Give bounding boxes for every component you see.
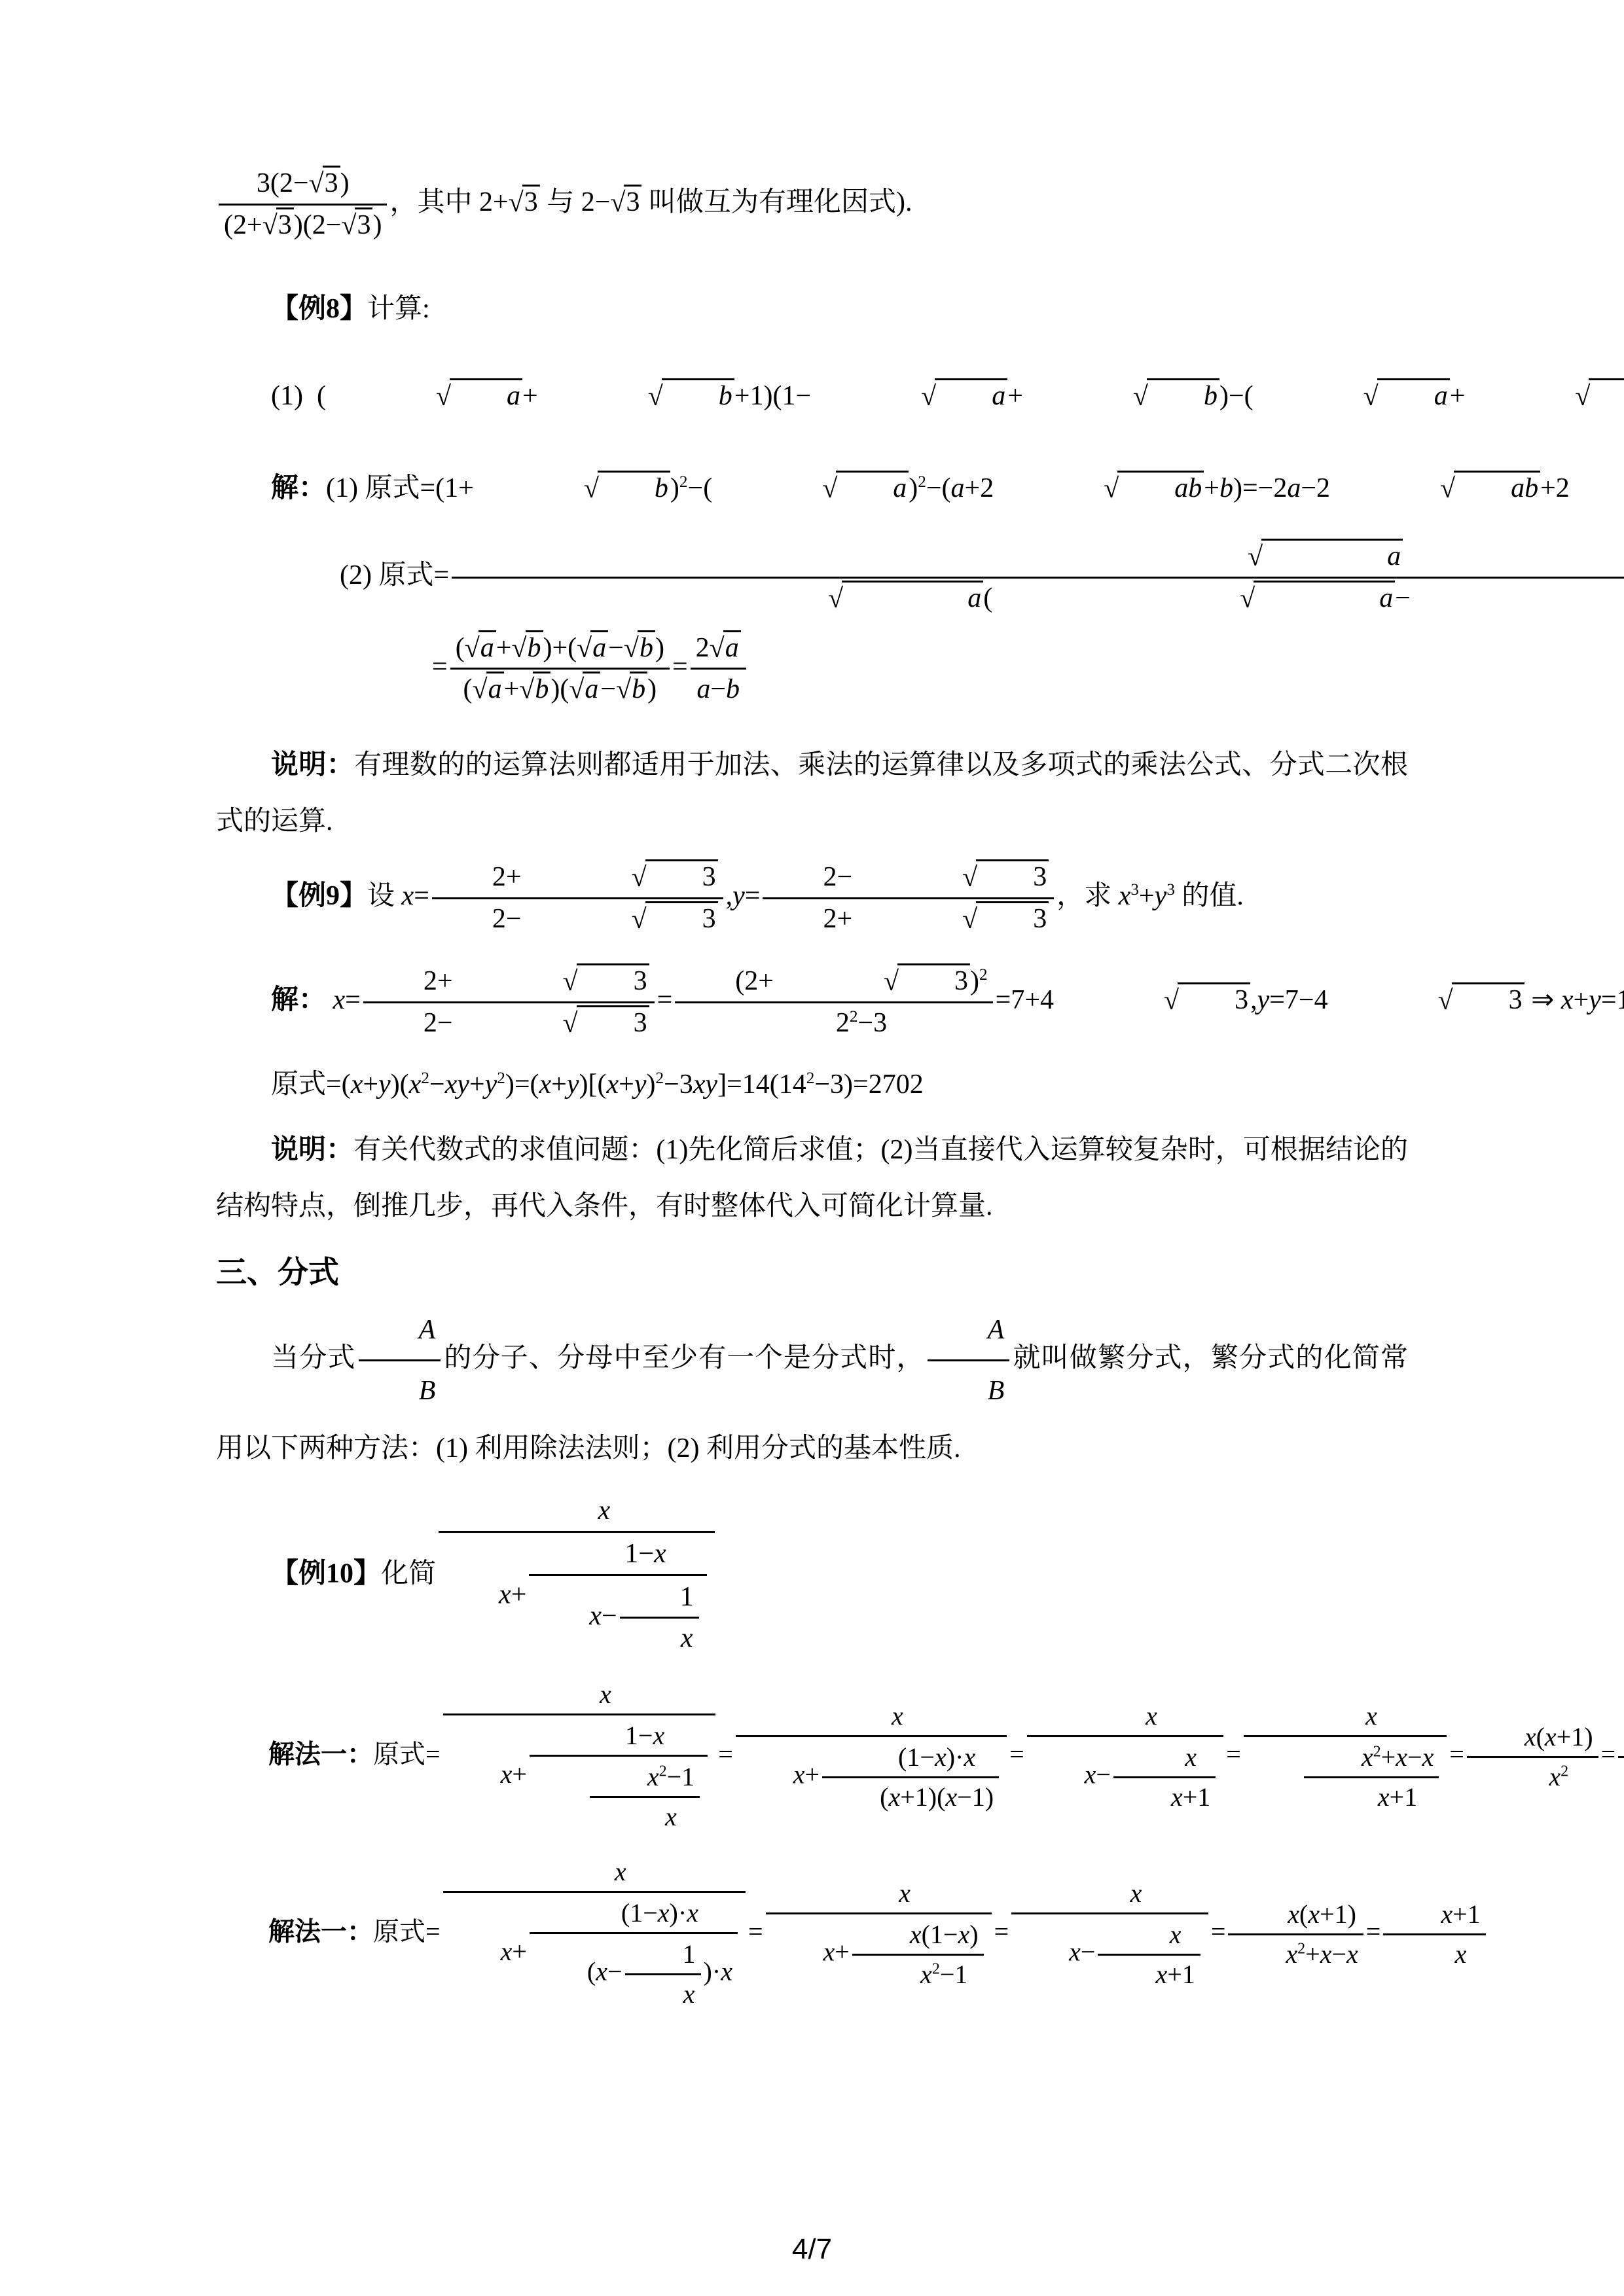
radical-sign-icon: √ xyxy=(616,672,631,709)
fraction: x+1x xyxy=(1618,1718,1624,1796)
fraction: 2−√32+√3 xyxy=(763,857,1054,939)
radical: √3 xyxy=(1328,982,1525,1019)
radical-sign-icon: √ xyxy=(1116,581,1255,618)
radical-sign-icon: √ xyxy=(624,630,639,668)
fraction: x2−1x xyxy=(590,1758,700,1836)
example8-problems: (1) (√a+√b+1)(1−√a+√b)−(√a+√b)2 (2) √aa−… xyxy=(216,357,1408,439)
radical-sign-icon: √ xyxy=(262,207,278,245)
radical-sign-icon: √ xyxy=(866,378,936,416)
radical: √a xyxy=(710,630,741,667)
radical: √b xyxy=(474,470,670,507)
radical: √b xyxy=(1570,470,1624,507)
fraction: x(1−x)x2−1 xyxy=(852,1916,984,1994)
radical: √b xyxy=(616,671,647,708)
radical: √3 xyxy=(522,901,718,938)
radical: √b xyxy=(511,630,543,667)
fraction: 2+√32−√3 xyxy=(363,961,655,1043)
radical-sign-icon: √ xyxy=(1534,581,1624,618)
example8-solution-part2: (2) 原式=√a√a(√a−√b)+√a√a(√a+√b)=1√a−√b+1√… xyxy=(216,537,1408,618)
fraction: xx2+x−xx+1 xyxy=(1244,1697,1447,1818)
radical-sign-icon: √ xyxy=(1109,982,1179,1020)
radical-sign-icon: √ xyxy=(593,378,663,416)
example9-title: 【例9】设 x=2+√32−√3,y=2−√32+√3，求 x3+y3 的值. xyxy=(216,857,1408,939)
radical: √ab xyxy=(1330,470,1540,507)
page-number: 4/7 xyxy=(0,2233,1624,2266)
document-body: 3(2−√3)(2+√3)(2−√3)，其中 2+√3 与 2−√3 叫做互为有… xyxy=(216,164,1408,2016)
radical-sign-icon: √ xyxy=(341,207,356,245)
fraction: xx−xx+1 xyxy=(1011,1874,1208,1995)
fraction: 1x xyxy=(620,1577,699,1659)
fraction: (2+√3)222−3 xyxy=(675,961,992,1043)
radical-sign-icon: √ xyxy=(1078,378,1148,416)
radical-sign-icon: √ xyxy=(1520,378,1590,416)
radical: √3 xyxy=(262,207,294,244)
radical-sign-icon: √ xyxy=(381,378,451,416)
radical-sign-icon: √ xyxy=(1385,471,1455,508)
fraction: √a√a(√a−√b) xyxy=(452,537,1624,618)
fraction: AB xyxy=(928,1300,1010,1420)
fraction: xx+(1−x)·x(x−1x)·x xyxy=(443,1853,746,2016)
radical-sign-icon: √ xyxy=(569,672,584,709)
fraction: (1−x)·x(x−1x)·x xyxy=(530,1894,738,2015)
radical-sign-icon: √ xyxy=(907,901,977,939)
fraction: 2+√32−√3 xyxy=(432,857,723,939)
radical-sign-icon: √ xyxy=(1308,378,1379,416)
radical: √3 xyxy=(309,165,340,202)
radical: √3 xyxy=(453,963,649,1000)
radical: √3 xyxy=(522,859,718,896)
radical-sign-icon: √ xyxy=(610,185,625,222)
radical: √a xyxy=(465,630,496,667)
fraction: xx−xx+1 xyxy=(1027,1697,1224,1818)
fraction: xx+1 xyxy=(1098,1916,1200,1994)
radical: √3 xyxy=(341,207,372,244)
fraction: xx+1 xyxy=(1113,1738,1216,1816)
radical-sign-icon: √ xyxy=(511,630,526,668)
radical: √a xyxy=(577,630,608,667)
radical-sign-icon: √ xyxy=(519,672,534,709)
fraction: 1−xx2−1x xyxy=(530,1717,708,1837)
radical-sign-icon: √ xyxy=(704,581,843,618)
fraction: 2√aa−b xyxy=(691,628,746,709)
radical-sign-icon: √ xyxy=(465,630,480,668)
fraction: xx+1−xx2−1x xyxy=(443,1676,716,1839)
note-after-example9: 说明：有关代数式的求值问题：(1)先化简后求值；(2)当直接代入运算较复杂时，可… xyxy=(216,1122,1408,1234)
radical: √b xyxy=(624,630,655,667)
radical: √b xyxy=(1465,378,1624,415)
radical-sign-icon: √ xyxy=(508,1005,578,1043)
radical: √b xyxy=(1411,580,1624,617)
fraction: 1x xyxy=(625,1935,701,2013)
rationalization-example-line: 3(2−√3)(2+√3)(2−√3)，其中 2+√3 与 2−√3 叫做互为有… xyxy=(216,164,1408,245)
radical: √a xyxy=(473,671,504,708)
radical: √3 xyxy=(852,901,1049,938)
fraction: x+1x xyxy=(1383,1895,1485,1973)
fraction: x2+x−xx+1 xyxy=(1304,1738,1439,1816)
note-after-example8: 说明：有理数的的运算法则都适用于加法、乘法的运算律以及多项式的乘法公式、分式二次… xyxy=(216,737,1408,850)
radical-sign-icon: √ xyxy=(767,471,837,508)
radical: √ab xyxy=(994,470,1204,507)
fraction: (√a+√b)+(√a−√b)(√a+√b)(√a−√b) xyxy=(450,628,670,709)
radical-sign-icon: √ xyxy=(710,630,725,668)
radical-sign-icon: √ xyxy=(509,185,524,222)
example10-title: 【例10】化简xx+1−xx−1x xyxy=(216,1491,1408,1661)
example10-method1-line1: 解法一：原式=xx+1−xx2−1x=xx+(1−x)·x(x+1)(x−1)=… xyxy=(216,1676,1408,1839)
radical-sign-icon: √ xyxy=(829,963,899,1001)
radical: √a xyxy=(581,580,983,617)
fraction: (1−x)·x(x+1)(x−1) xyxy=(822,1738,999,1816)
radical: √3 xyxy=(610,184,641,221)
radical: √3 xyxy=(774,963,970,1000)
radical: √a xyxy=(1254,378,1450,415)
example9-solution-line1: 解： x=2+√32−√3=(2+√3)222−3=7+4√3,y=7−4√3 … xyxy=(216,961,1408,1043)
radical-sign-icon: √ xyxy=(907,859,977,897)
radical: √b xyxy=(1023,378,1219,415)
radical-sign-icon: √ xyxy=(577,859,647,897)
radical-sign-icon: √ xyxy=(1124,539,1263,576)
example8-solution-part2-continued: =(√a+√b)+(√a−√b)(√a+√b)(√a−√b)=2√aa−b xyxy=(216,628,1408,709)
radical: √a xyxy=(569,671,600,708)
radical-sign-icon: √ xyxy=(529,471,599,508)
complex-fraction-intro: 当分式AB的分子、分母中至少有一个是分式时，AB就叫做繁分式，繁分式的化简常用以… xyxy=(216,1300,1408,1477)
radical: √a xyxy=(992,580,1395,617)
fraction: 1−xx−1x xyxy=(529,1534,706,1660)
radical: √a xyxy=(712,470,909,507)
radical: √b xyxy=(538,378,734,415)
fraction: xx+(1−x)·x(x+1)(x−1) xyxy=(736,1697,1007,1818)
radical: √a xyxy=(811,378,1007,415)
radical: √b xyxy=(519,671,550,708)
radical-sign-icon: √ xyxy=(1383,982,1453,1020)
section3-heading: 三、分式 xyxy=(216,1251,1408,1293)
fraction: x(x+1)x2 xyxy=(1467,1718,1598,1796)
document-page: 3(2−√3)(2+√3)(2−√3)，其中 2+√3 与 2−√3 叫做互为有… xyxy=(0,0,1624,2296)
radical: √a xyxy=(1000,538,1403,575)
fraction: xx+1−xx−1x xyxy=(439,1491,715,1661)
example10-method1-line2: 解法一：原式=xx+(1−x)·x(x−1x)·x=xx+x(1−x)x2−1=… xyxy=(216,1853,1408,2016)
radical: √a xyxy=(326,378,522,415)
radical-sign-icon: √ xyxy=(577,630,592,668)
radical: √3 xyxy=(453,1005,649,1042)
example8-title: 【例8】计算: xyxy=(216,291,1408,328)
radical: √3 xyxy=(1054,982,1250,1019)
radical: √3 xyxy=(852,859,1049,896)
fraction: 3(2−√3)(2+√3)(2−√3) xyxy=(219,164,387,245)
radical-sign-icon: √ xyxy=(508,963,578,1001)
radical: √3 xyxy=(509,184,540,221)
example9-solution-line2: 原式=(x+y)(x2−xy+y2)=(x+y)[(x+y)2−3xy]=14(… xyxy=(216,1066,1408,1103)
radical-sign-icon: √ xyxy=(577,901,647,939)
radical-sign-icon: √ xyxy=(473,672,488,709)
fraction: AB xyxy=(359,1300,441,1420)
example8-solution-part1: 解：(1) 原式=(1+√b)2−(√a)2−(a+2√ab+b)=−2a−2√… xyxy=(216,470,1408,507)
radical-sign-icon: √ xyxy=(1049,471,1119,508)
fraction: xx+x(1−x)x2−1 xyxy=(766,1874,992,1995)
fraction: x(x+1)x2+x−x xyxy=(1228,1895,1363,1973)
radical-sign-icon: √ xyxy=(309,166,324,203)
